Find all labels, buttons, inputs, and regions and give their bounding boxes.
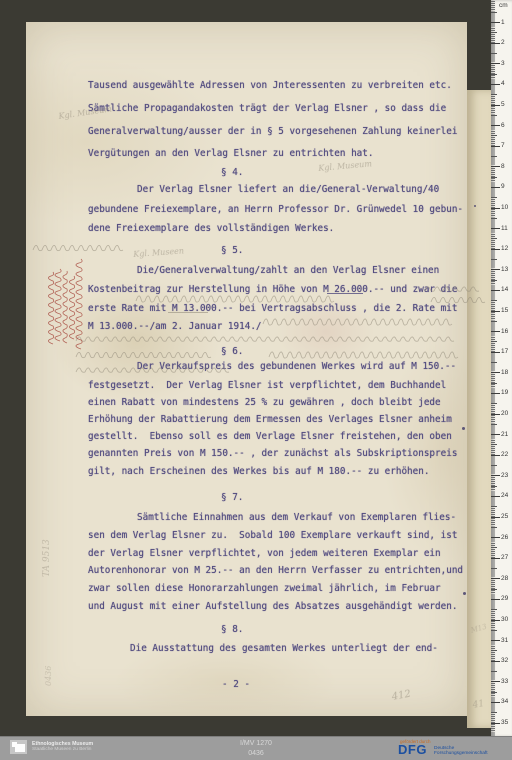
- ruler-tick-half-cm: [491, 32, 497, 33]
- typed-line: § 8.: [221, 624, 243, 635]
- ruler-tick-label: 10: [501, 204, 508, 211]
- ruler-tick-half-cm: [491, 712, 497, 713]
- ruler-tick-label: 8: [501, 163, 505, 170]
- ruler-tick-half-cm: [491, 403, 497, 404]
- handwritten-note-inventory-mark: TA 9513: [42, 539, 52, 577]
- scan-view: Tausend ausgewählte Adressen von Jnteres…: [0, 0, 512, 760]
- ruler-tick-cm: [491, 63, 500, 64]
- ruler-tick-cm: [491, 228, 500, 229]
- ruler-tick-label: 16: [501, 328, 508, 335]
- ruler-tick-half-cm: [491, 156, 497, 157]
- ruler-tick-cm: [491, 537, 500, 538]
- cm-ruler: cm 1234567891011121314151617181920212223…: [491, 0, 512, 737]
- typed-line: dene Freiexemplare des vollständigen Wer…: [88, 223, 334, 234]
- ruler-tick-half-cm: [491, 341, 497, 342]
- ruler-tick-label: 30: [501, 616, 508, 623]
- ruler-tick-label: 22: [501, 451, 508, 458]
- ruler-tick-half-cm: [491, 527, 497, 528]
- ruler-tick-label: 31: [501, 637, 508, 644]
- typed-line: Der Verlag Elsner liefert an die/General…: [137, 184, 439, 195]
- ruler-tick-cm: [491, 187, 500, 188]
- ruler-tick-half-cm: [491, 692, 497, 693]
- dfg-name-line2: Forschungsgemeinschaft: [434, 751, 488, 756]
- ruler-tick-cm: [491, 372, 500, 373]
- ruler-tick-label: 35: [501, 719, 508, 726]
- ruler-tick-half-cm: [491, 218, 497, 219]
- ruler-tick-cm: [491, 249, 500, 250]
- handwritten-scribble-note-block-2a: [75, 350, 215, 364]
- ruler-tick-cm: [491, 475, 500, 476]
- ruler-tick-half-cm: [491, 362, 497, 363]
- ruler-tick-label: 23: [501, 472, 508, 479]
- ink-speck: [474, 205, 476, 207]
- handwritten-scribble-note-interlinear-13000: [135, 294, 335, 308]
- ruler-tick-cm: [491, 43, 500, 44]
- handwritten-note-film-number-vertical: 0436: [44, 666, 53, 686]
- ruler-tick-label: 28: [501, 575, 508, 582]
- ruler-tick-half-cm: [491, 547, 497, 548]
- typed-line: gebundene Freiexemplare, an Herrn Profes…: [88, 204, 463, 215]
- ruler-mm-ticks: [491, 1, 495, 737]
- typed-line: und August mit einer Aufstellung des Abs…: [88, 601, 457, 612]
- ruler-tick-cm: [491, 331, 500, 332]
- ruler-tick-cm: [491, 723, 500, 724]
- handwritten-scribble-note-after-1914: [262, 317, 457, 331]
- ruler-tick-half-cm: [491, 671, 497, 672]
- ruler-tick-label: 29: [501, 595, 508, 602]
- typed-line: Sämtliche Propagandakosten trägt der Ver…: [88, 103, 446, 114]
- typed-line: zwar sollen diese Honorarzahlungen zweim…: [88, 583, 441, 594]
- typed-line: einen Rabatt von mindestens 25 % zu gewä…: [88, 397, 441, 408]
- ruler-tick-label: 12: [501, 245, 508, 252]
- ruler-tick-cm: [491, 393, 500, 394]
- ruler-tick-label: 6: [501, 122, 505, 129]
- ruler-tick-cm: [491, 434, 500, 435]
- ruler-tick-half-cm: [491, 589, 497, 590]
- typed-line: Vergütungen an den Verlag Elsner zu entr…: [88, 148, 373, 159]
- ruler-tick-cm: [491, 599, 500, 600]
- ruler-tick-cm: [491, 22, 500, 23]
- typed-line: M 13.000.--/am 2. Januar 1914./: [88, 321, 262, 332]
- ruler-tick-label: 17: [501, 348, 508, 355]
- ink-speck: [462, 427, 465, 430]
- ruler-tick-label: 3: [501, 60, 505, 67]
- ruler-tick-label: 2: [501, 39, 505, 46]
- typed-line: gilt, nach Erscheinen des Werkes bis auf…: [88, 466, 429, 477]
- ruler-tick-half-cm: [491, 259, 497, 260]
- ruler-tick-label: 33: [501, 678, 508, 685]
- ruler-tick-label: 24: [501, 492, 508, 499]
- ruler-tick-half-cm: [491, 444, 497, 445]
- typed-line: § 4.: [221, 167, 243, 178]
- ruler-tick-half-cm: [491, 238, 497, 239]
- typed-line: Autorenhonorar von M 25.-- an den Herrn …: [88, 565, 463, 576]
- ruler-tick-cm: [491, 620, 500, 621]
- ruler-tick-half-cm: [491, 506, 497, 507]
- ruler-tick-cm: [491, 558, 500, 559]
- ruler-tick-half-cm: [491, 53, 497, 54]
- typed-line: sen dem Verlag Elsner zu. Sobald 100 Exe…: [88, 530, 457, 541]
- ruler-tick-label: 7: [501, 142, 505, 149]
- typed-line: Erhöhung der Rabattierung dem Ermessen d…: [88, 414, 452, 425]
- footer-bar: Ethnologisches Museum Staatliche Museen …: [0, 736, 512, 760]
- ruler-tick-cm: [491, 517, 500, 518]
- typed-line: Die/Generalverwaltung/zahlt an den Verla…: [137, 265, 439, 276]
- ruler-tick-half-cm: [491, 115, 497, 116]
- ruler-tick-cm: [491, 661, 500, 662]
- ruler-tick-half-cm: [491, 74, 497, 75]
- ruler-tick-label: 15: [501, 307, 508, 314]
- handwritten-scribble-note-block-2b: [268, 350, 460, 364]
- ruler-tick-label: 34: [501, 698, 508, 705]
- ruler-tick-label: 11: [501, 225, 508, 232]
- handwritten-scribble-note-right-margin-2: [430, 295, 486, 309]
- ruler-tick-cm: [491, 578, 500, 579]
- typed-line: § 5.: [221, 245, 243, 256]
- ruler-tick-half-cm: [491, 486, 497, 487]
- ruler-tick-label: 26: [501, 534, 508, 541]
- ruler-tick-half-cm: [491, 12, 497, 13]
- ruler-tick-label: 20: [501, 410, 508, 417]
- ruler-tick-label: 1: [501, 19, 505, 26]
- handwritten-note-page-mark-41: 41: [472, 699, 485, 711]
- handwritten-scribble-note-block-3: [75, 365, 233, 379]
- ruler-unit-label: cm: [499, 2, 508, 9]
- ruler-tick-cm: [491, 125, 500, 126]
- ruler-tick-label: 14: [501, 286, 508, 293]
- dfg-logo: gefördert durch DFG Deutsche Forschungsg…: [398, 738, 508, 759]
- ruler-tick-label: 18: [501, 369, 508, 376]
- typed-line: Sämtliche Einnahmen aus dem Verkauf von …: [137, 512, 456, 523]
- typed-line: § 7.: [221, 492, 243, 503]
- ruler-tick-label: 13: [501, 266, 508, 273]
- ruler-tick-half-cm: [491, 424, 497, 425]
- ruler-tick-half-cm: [491, 177, 497, 178]
- handwritten-scribble-note-block-1: [75, 334, 460, 348]
- ruler-tick-half-cm: [491, 94, 497, 95]
- ruler-tick-label: 9: [501, 183, 505, 190]
- ruler-tick-label: 19: [501, 389, 508, 396]
- ink-speck: [463, 592, 466, 595]
- typed-line: gestellt. Ebenso soll es dem Verlage Els…: [88, 431, 452, 442]
- ruler-tick-half-cm: [491, 568, 497, 569]
- ruler-tick-cm: [491, 269, 500, 270]
- typed-line: - 2 -: [222, 679, 250, 690]
- dfg-acronym: DFG: [398, 742, 427, 757]
- handwritten-scribble-red-margin-5: [74, 255, 88, 350]
- typed-line: genannten Preis von M 150.-- , der zunäc…: [88, 448, 457, 459]
- ruler-tick-cm: [491, 640, 500, 641]
- typed-line: der Verlag Elsner verpflichtet, von jede…: [88, 548, 441, 559]
- typed-line: Die Ausstattung des gesamten Werkes unte…: [130, 643, 438, 654]
- ruler-tick-half-cm: [491, 321, 497, 322]
- typed-line: festgesetzt. Der Verlag Elsner ist verpf…: [88, 380, 446, 391]
- ruler-tick-half-cm: [491, 135, 497, 136]
- ruler-tick-cm: [491, 414, 500, 415]
- ruler-tick-half-cm: [491, 300, 497, 301]
- typed-line: Tausend ausgewählte Adressen von Jnteres…: [88, 80, 452, 91]
- ruler-tick-cm: [491, 496, 500, 497]
- ruler-tick-half-cm: [491, 650, 497, 651]
- ruler-tick-label: 21: [501, 431, 508, 438]
- ruler-tick-cm: [491, 455, 500, 456]
- ruler-tick-half-cm: [491, 197, 497, 198]
- ruler-tick-label: 4: [501, 80, 505, 87]
- ruler-tick-label: 5: [501, 101, 505, 108]
- ruler-tick-label: 25: [501, 513, 508, 520]
- ruler-tick-cm: [491, 105, 500, 106]
- pencil-underline-13000: [168, 312, 208, 313]
- ruler-tick-label: 27: [501, 554, 508, 561]
- ruler-tick-cm: [491, 290, 500, 291]
- ruler-tick-cm: [491, 84, 500, 85]
- ruler-tick-half-cm: [491, 609, 497, 610]
- ruler-tick-half-cm: [491, 383, 497, 384]
- ruler-tick-half-cm: [491, 280, 497, 281]
- ruler-tick-cm: [491, 146, 500, 147]
- ruler-tick-half-cm: [491, 630, 497, 631]
- ruler-tick-cm: [491, 311, 500, 312]
- ruler-tick-cm: [491, 208, 500, 209]
- ruler-tick-half-cm: [491, 465, 497, 466]
- typed-line: Generalverwaltung/ausser der in § 5 vorg…: [88, 126, 457, 137]
- ruler-tick-label: 32: [501, 657, 508, 664]
- ruler-tick-cm: [491, 702, 500, 703]
- ruler-tick-cm: [491, 166, 500, 167]
- ruler-tick-cm: [491, 352, 500, 353]
- ruler-tick-cm: [491, 681, 500, 682]
